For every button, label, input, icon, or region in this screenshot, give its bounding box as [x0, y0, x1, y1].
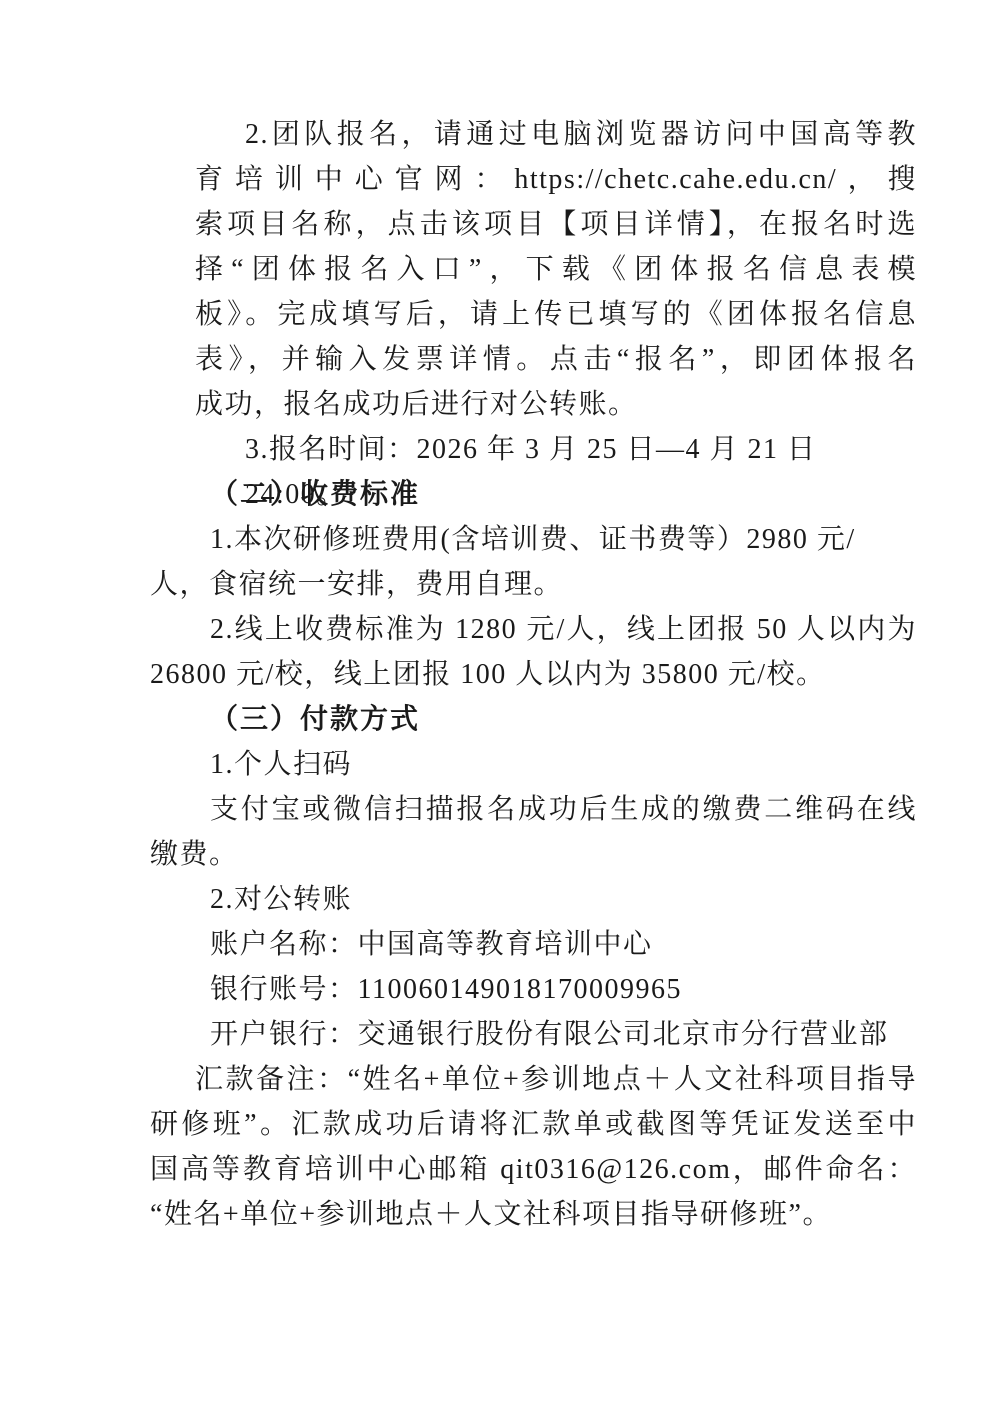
document-line: 研修班”。汇款成功后请将汇款单或截图等凭证发送至中: [150, 1102, 917, 1147]
heading-payment-method: （三）付款方式: [150, 697, 917, 742]
document-line: 缴费。: [150, 832, 917, 877]
heading-fee-standard: （二）收费标准: [150, 472, 917, 517]
document-line: 2.对公转账: [150, 877, 917, 922]
document-line: 索项目名称，点击该项目【项目详情】，在报名时选: [195, 202, 917, 247]
document-line: 1.本次研修班费用(含培训费、证书费等）2980 元/: [150, 517, 917, 562]
para-personal-scan-title: 1.个人扫码: [150, 742, 917, 787]
para-personal-scan-desc: 支付宝或微信扫描报名成功后生成的缴费二维码在线缴费。: [150, 787, 917, 877]
para-registration-time: 3.报名时间：2026 年 3 月 25 日—4 月 21 日 24:00。: [195, 427, 917, 472]
para-offline-fee: 1.本次研修班费用(含培训费、证书费等）2980 元/人，食宿统一安排，费用自理…: [150, 517, 917, 607]
document-line: 育培训中心官网：https://chetc.cahe.edu.cn/，搜: [195, 157, 917, 202]
para-remittance-note: 汇款备注：“姓名+单位+参训地点＋人文社科项目指导研修班”。汇款成功后请将汇款单…: [150, 1057, 917, 1237]
document-line: 成功，报名成功后进行对公转账。: [195, 382, 917, 427]
document-line: 板》。完成填写后，请上传已填写的《团体报名信息: [195, 292, 917, 337]
document-line: 开户银行：交通银行股份有限公司北京市分行营业部: [150, 1012, 917, 1057]
document-line: 表》，并输入发票详情。点击“报名”，即团体报名: [195, 337, 917, 382]
document-line: 26800 元/校，线上团报 100 人以内为 35800 元/校。: [150, 652, 917, 697]
document-line: 2.团队报名，请通过电脑浏览器访问中国高等教: [195, 112, 917, 157]
para-bank-account-number: 银行账号：110060149018170009965: [150, 967, 917, 1012]
document-line: “姓名+单位+参训地点＋人文社科项目指导研修班”。: [150, 1192, 917, 1237]
document-line: 账户名称：中国高等教育培训中心: [150, 922, 917, 967]
document-line: 汇款备注：“姓名+单位+参训地点＋人文社科项目指导: [150, 1057, 917, 1102]
para-online-fee: 2.线上收费标准为 1280 元/人，线上团报 50 人以内为26800 元/校…: [150, 607, 917, 697]
document-line: 支付宝或微信扫描报名成功后生成的缴费二维码在线: [150, 787, 917, 832]
document-line: 择“团体报名入口”，下载《团体报名信息表模: [195, 247, 917, 292]
document-line: 国高等教育培训中心邮箱 qit0316@126.com，邮件命名：: [150, 1147, 917, 1192]
document-line: 1.个人扫码: [150, 742, 917, 787]
para-bank-branch: 开户银行：交通银行股份有限公司北京市分行营业部: [150, 1012, 917, 1057]
document-line: 银行账号：110060149018170009965: [150, 967, 917, 1012]
document-page: 2.团队报名，请通过电脑浏览器访问中国高等教育培训中心官网：https://ch…: [0, 0, 1000, 1415]
para-group-registration: 2.团队报名，请通过电脑浏览器访问中国高等教育培训中心官网：https://ch…: [195, 112, 917, 427]
document-body: 2.团队报名，请通过电脑浏览器访问中国高等教育培训中心官网：https://ch…: [150, 112, 917, 1237]
document-line: 2.线上收费标准为 1280 元/人，线上团报 50 人以内为: [150, 607, 917, 652]
para-corporate-transfer-title: 2.对公转账: [150, 877, 917, 922]
document-line: （二）收费标准: [150, 472, 917, 517]
document-line: 3.报名时间：2026 年 3 月 25 日—4 月 21 日 24:00。: [195, 427, 917, 472]
document-line: （三）付款方式: [150, 697, 917, 742]
para-account-name: 账户名称：中国高等教育培训中心: [150, 922, 917, 967]
document-line: 人，食宿统一安排，费用自理。: [150, 562, 917, 607]
